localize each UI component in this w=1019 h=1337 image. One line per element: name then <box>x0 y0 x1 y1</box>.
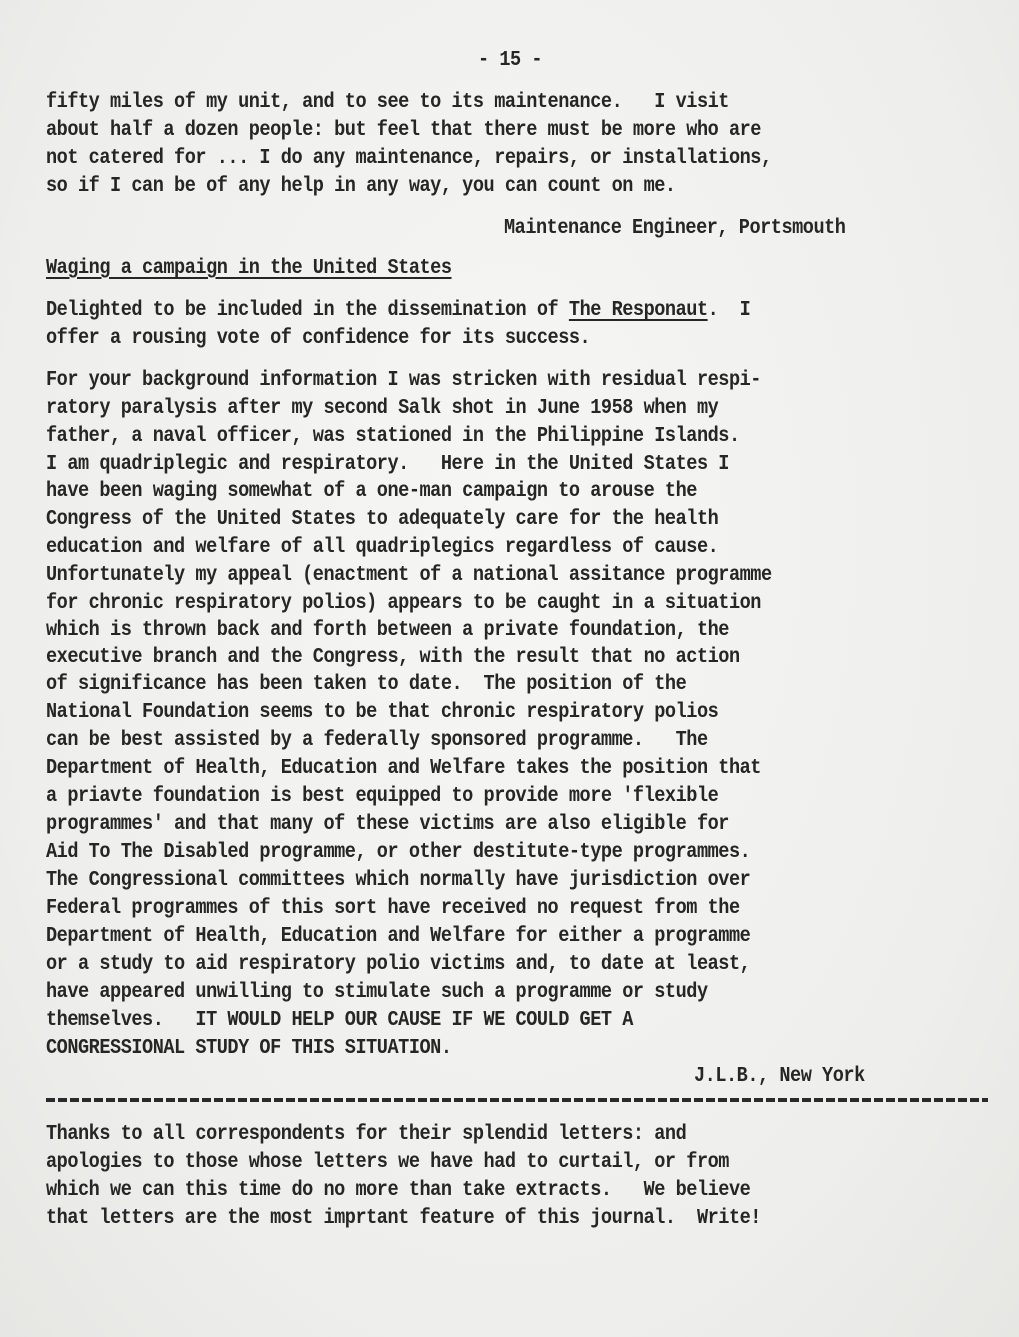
closing-line: apologies to those whose letters we have… <box>46 1148 729 1176</box>
body-line: education and welfare of all quadriplegi… <box>46 533 718 561</box>
letter-signature: Maintenance Engineer, Portsmouth <box>504 214 845 242</box>
typewritten-page: - 15 - fifty miles of my unit, and to se… <box>0 0 1019 1337</box>
body-line: National Foundation seems to be that chr… <box>46 698 718 726</box>
body-line: Federal programmes of this sort have rec… <box>46 894 740 922</box>
body-line: father, a naval officer, was stationed i… <box>46 422 740 450</box>
intro-line: Delighted to be included in the dissemin… <box>46 296 750 324</box>
closing-line: which we can this time do no more than t… <box>46 1176 750 1204</box>
body-line: For your background information I was st… <box>46 366 761 394</box>
closing-line: that letters are the most imprtant featu… <box>46 1204 761 1232</box>
body-line: themselves. IT WOULD HELP OUR CAUSE IF W… <box>46 1006 633 1034</box>
intro-line: offer a rousing vote of confidence for i… <box>46 324 590 352</box>
body-line: have appeared unwilling to stimulate suc… <box>46 978 708 1006</box>
section-heading: Waging a campaign in the United States <box>46 254 452 282</box>
body-line: Aid To The Disabled programme, or other … <box>46 838 750 866</box>
journal-title: The Responaut <box>569 298 708 322</box>
body-line: CONGRESSIONAL STUDY OF THIS SITUATION. <box>46 1034 452 1062</box>
body-line: a priavte foundation is best equipped to… <box>46 782 718 810</box>
letter-signature: J.L.B., New York <box>694 1062 865 1090</box>
body-line: Unfortunately my appeal (enactment of a … <box>46 561 772 589</box>
page-number: - 15 - <box>478 46 542 74</box>
dashed-divider <box>46 1098 988 1102</box>
text-line: about half a dozen people: but feel that… <box>46 116 761 144</box>
body-line: or a study to aid respiratory polio vict… <box>46 950 750 978</box>
intro-text: Delighted to be included in the dissemin… <box>46 298 569 322</box>
body-line: which is thrown back and forth between a… <box>46 616 729 644</box>
text-line: not catered for ... I do any maintenance… <box>46 144 772 172</box>
intro-text: . I <box>708 298 751 322</box>
body-line: Congress of the United States to adequat… <box>46 505 718 533</box>
body-line: executive branch and the Congress, with … <box>46 643 740 671</box>
body-line: I am quadriplegic and respiratory. Here … <box>46 450 729 478</box>
text-line: fifty miles of my unit, and to see to it… <box>46 88 729 116</box>
body-line: programmes' and that many of these victi… <box>46 810 729 838</box>
body-line: The Congressional committees which norma… <box>46 866 750 894</box>
body-line: of significance has been taken to date. … <box>46 670 686 698</box>
body-line: for chronic respiratory polios) appears … <box>46 589 761 617</box>
body-line: Department of Health, Education and Welf… <box>46 922 750 950</box>
body-line: Department of Health, Education and Welf… <box>46 754 761 782</box>
closing-line: Thanks to all correspondents for their s… <box>46 1120 686 1148</box>
body-line: have been waging somewhat of a one-man c… <box>46 477 697 505</box>
text-line: so if I can be of any help in any way, y… <box>46 172 676 200</box>
body-line: can be best assisted by a federally spon… <box>46 726 708 754</box>
body-line: ratory paralysis after my second Salk sh… <box>46 394 718 422</box>
